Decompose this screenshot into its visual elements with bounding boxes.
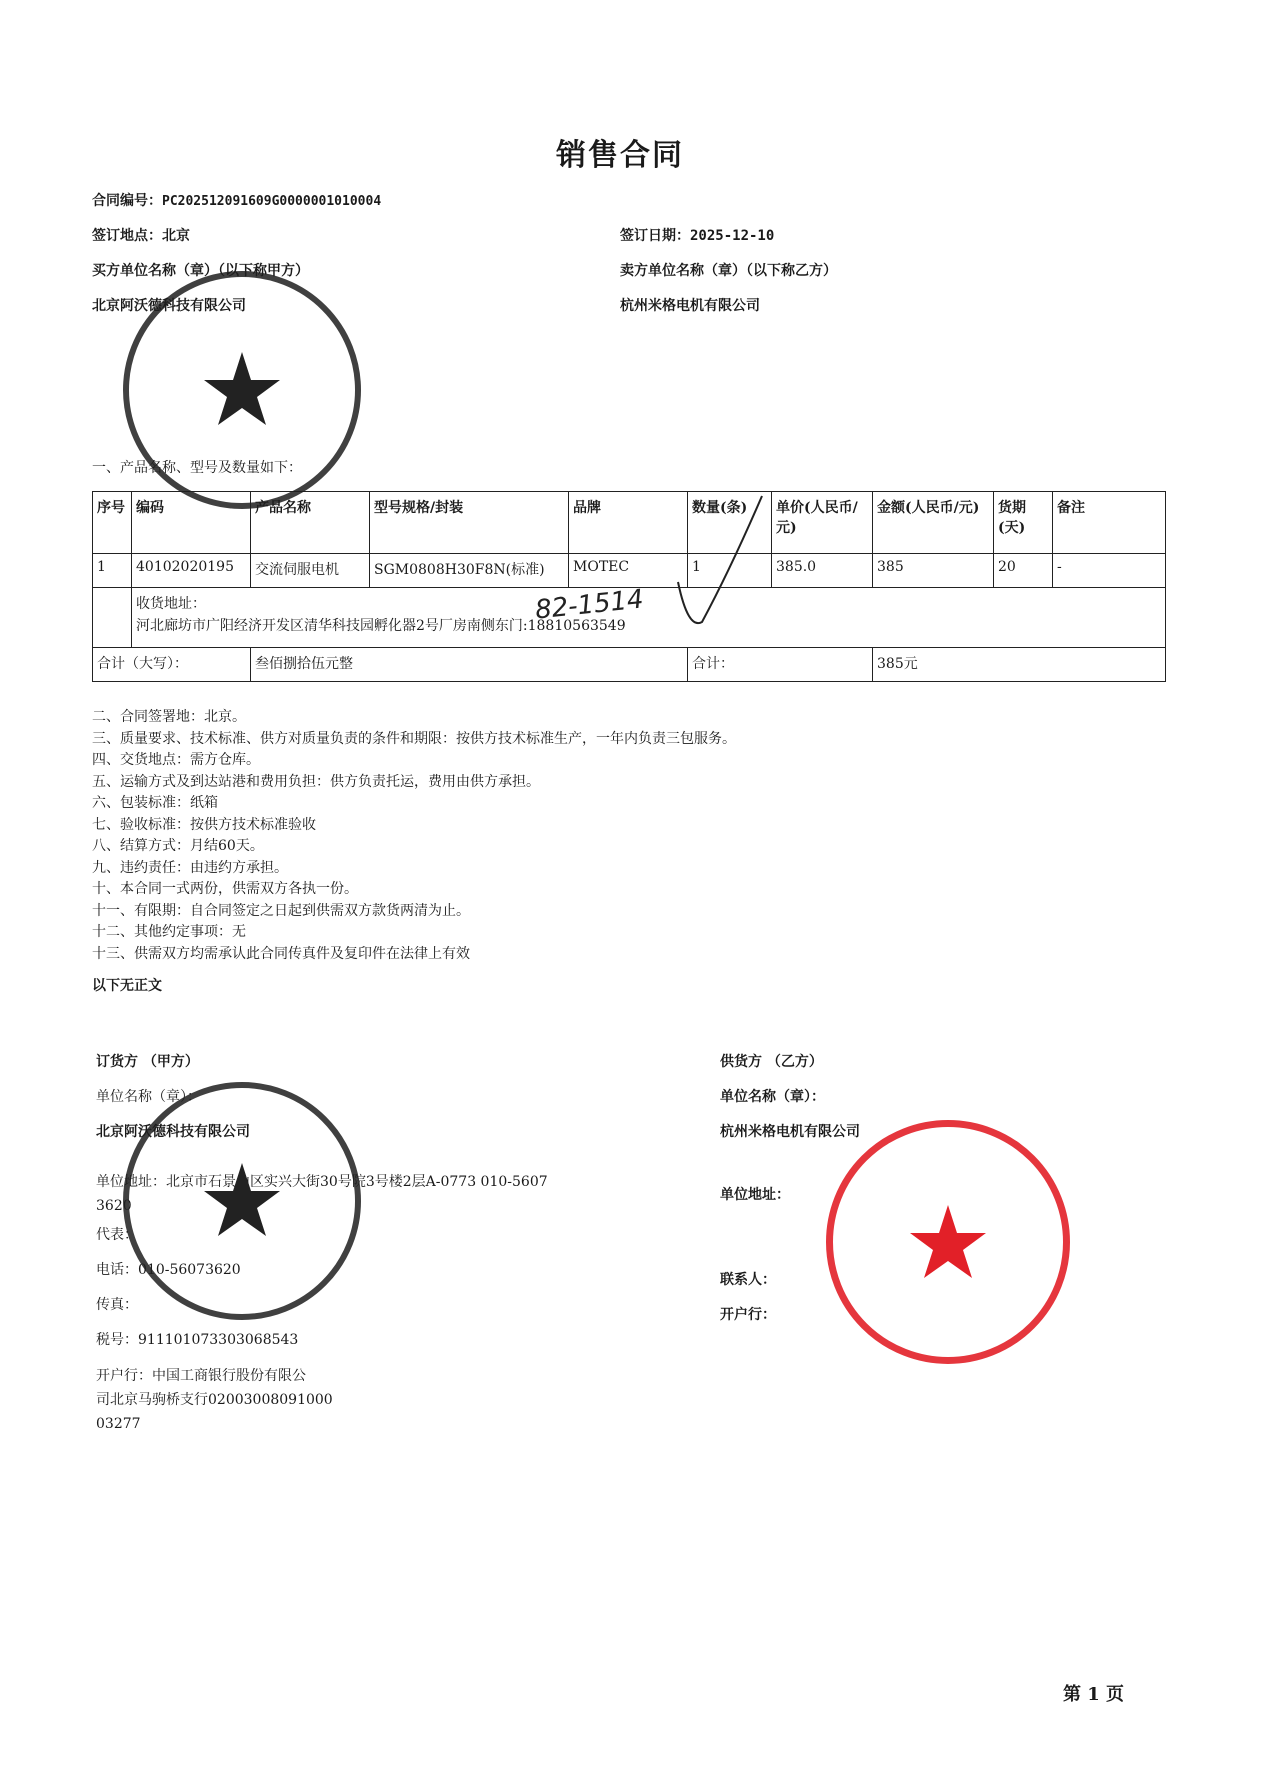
star-icon (833, 1127, 1063, 1357)
total-upper-label: 合计（大写）： (93, 648, 251, 682)
clause-item: 二、合同签署地：北京。 (92, 707, 736, 729)
clause-item: 六、包装标准：纸箱 (92, 793, 736, 815)
clause-item: 十三、供需双方均需承认此合同传真件及复印件在法律上有效 (92, 944, 736, 966)
party-b-unit-name-label: 单位名称（章）： (720, 1080, 860, 1115)
header-cell: 序号 (93, 492, 132, 554)
clause-item: 十二、其他约定事项：无 (92, 922, 736, 944)
clause-item: 十一、有限期：自合同签定之日起到供需双方款货两清为止。 (92, 901, 736, 923)
star-icon (129, 277, 355, 503)
party-a-heading: 订货方 （甲方） (96, 1045, 548, 1080)
cell-amount: 385 (873, 554, 994, 588)
total-row: 合计（大写）： 叁佰捌拾伍元整 合计： 385元 (93, 648, 1166, 682)
seller-stamp (826, 1120, 1070, 1364)
cell-lead-time: 20 (994, 554, 1053, 588)
page-number: 第 1 页 (1063, 1680, 1124, 1706)
total-label: 合计： (688, 648, 873, 682)
handwritten-check-icon (670, 490, 790, 640)
star-icon (129, 1088, 355, 1314)
delivery-address: 收货地址： 河北廊坊市广阳经济开发区清华科技园孵化器2号厂房南侧东门:18810… (132, 588, 1166, 648)
party-a-bank: 开户行：中国工商银行股份有限公司北京马驹桥支行02003008091000032… (96, 1364, 548, 1436)
clauses: 二、合同签署地：北京。三、质量要求、技术标准、供方对质量负责的条件和期限：按供方… (92, 707, 736, 965)
clause-item: 三、质量要求、技术标准、供方对质量负责的条件和期限：按供方技术标准生产，一年内负… (92, 729, 736, 751)
cell-code: 40102020195 (132, 554, 251, 588)
party-b-heading: 供货方 （乙方） (720, 1045, 860, 1080)
clause-item: 十、本合同一式两份，供需双方各执一份。 (92, 879, 736, 901)
buyer-stamp-bottom (123, 1082, 361, 1320)
document-title: 销售合同 (0, 130, 1240, 174)
seller-label: 卖方单位名称（章）（以下称乙方） (620, 260, 837, 280)
total-upper: 叁佰捌拾伍元整 (251, 648, 688, 682)
header-cell: 货期(天) (994, 492, 1053, 554)
header-cell: 型号规格/封装 (370, 492, 569, 554)
clause-item: 九、违约责任：由违约方承担。 (92, 858, 736, 880)
table-row: 1 40102020195 交流伺服电机 SGM0808H30F8N(标准) M… (93, 554, 1166, 588)
seller-name: 杭州米格电机有限公司 (620, 295, 760, 315)
clause-item: 八、结算方式：月结60天。 (92, 836, 736, 858)
buyer-stamp-top (123, 271, 361, 509)
cell-remark: - (1053, 554, 1166, 588)
header-cell: 备注 (1053, 492, 1166, 554)
total-value: 385元 (873, 648, 1166, 682)
end-note: 以下无正文 (92, 975, 162, 995)
header-cell: 金额(人民币/元) (873, 492, 994, 554)
clause-item: 四、交货地点：需方仓库。 (92, 750, 736, 772)
clause-item: 五、运输方式及到达站港和费用负担：供方负责托运，费用由供方承担。 (92, 772, 736, 794)
cell-index: 1 (93, 554, 132, 588)
sign-place: 签订地点：北京 (92, 225, 190, 245)
sign-date: 签订日期：2025-12-10 (620, 225, 774, 245)
cell-model: SGM0808H30F8N(标准) (370, 554, 569, 588)
clause-item: 七、验收标准：按供方技术标准验收 (92, 815, 736, 837)
cell-product: 交流伺服电机 (251, 554, 370, 588)
contract-number: 合同编号：PC202512091609G0000001010004 (92, 190, 381, 210)
party-a-tax: 税号：911101073303068543 (96, 1323, 548, 1358)
